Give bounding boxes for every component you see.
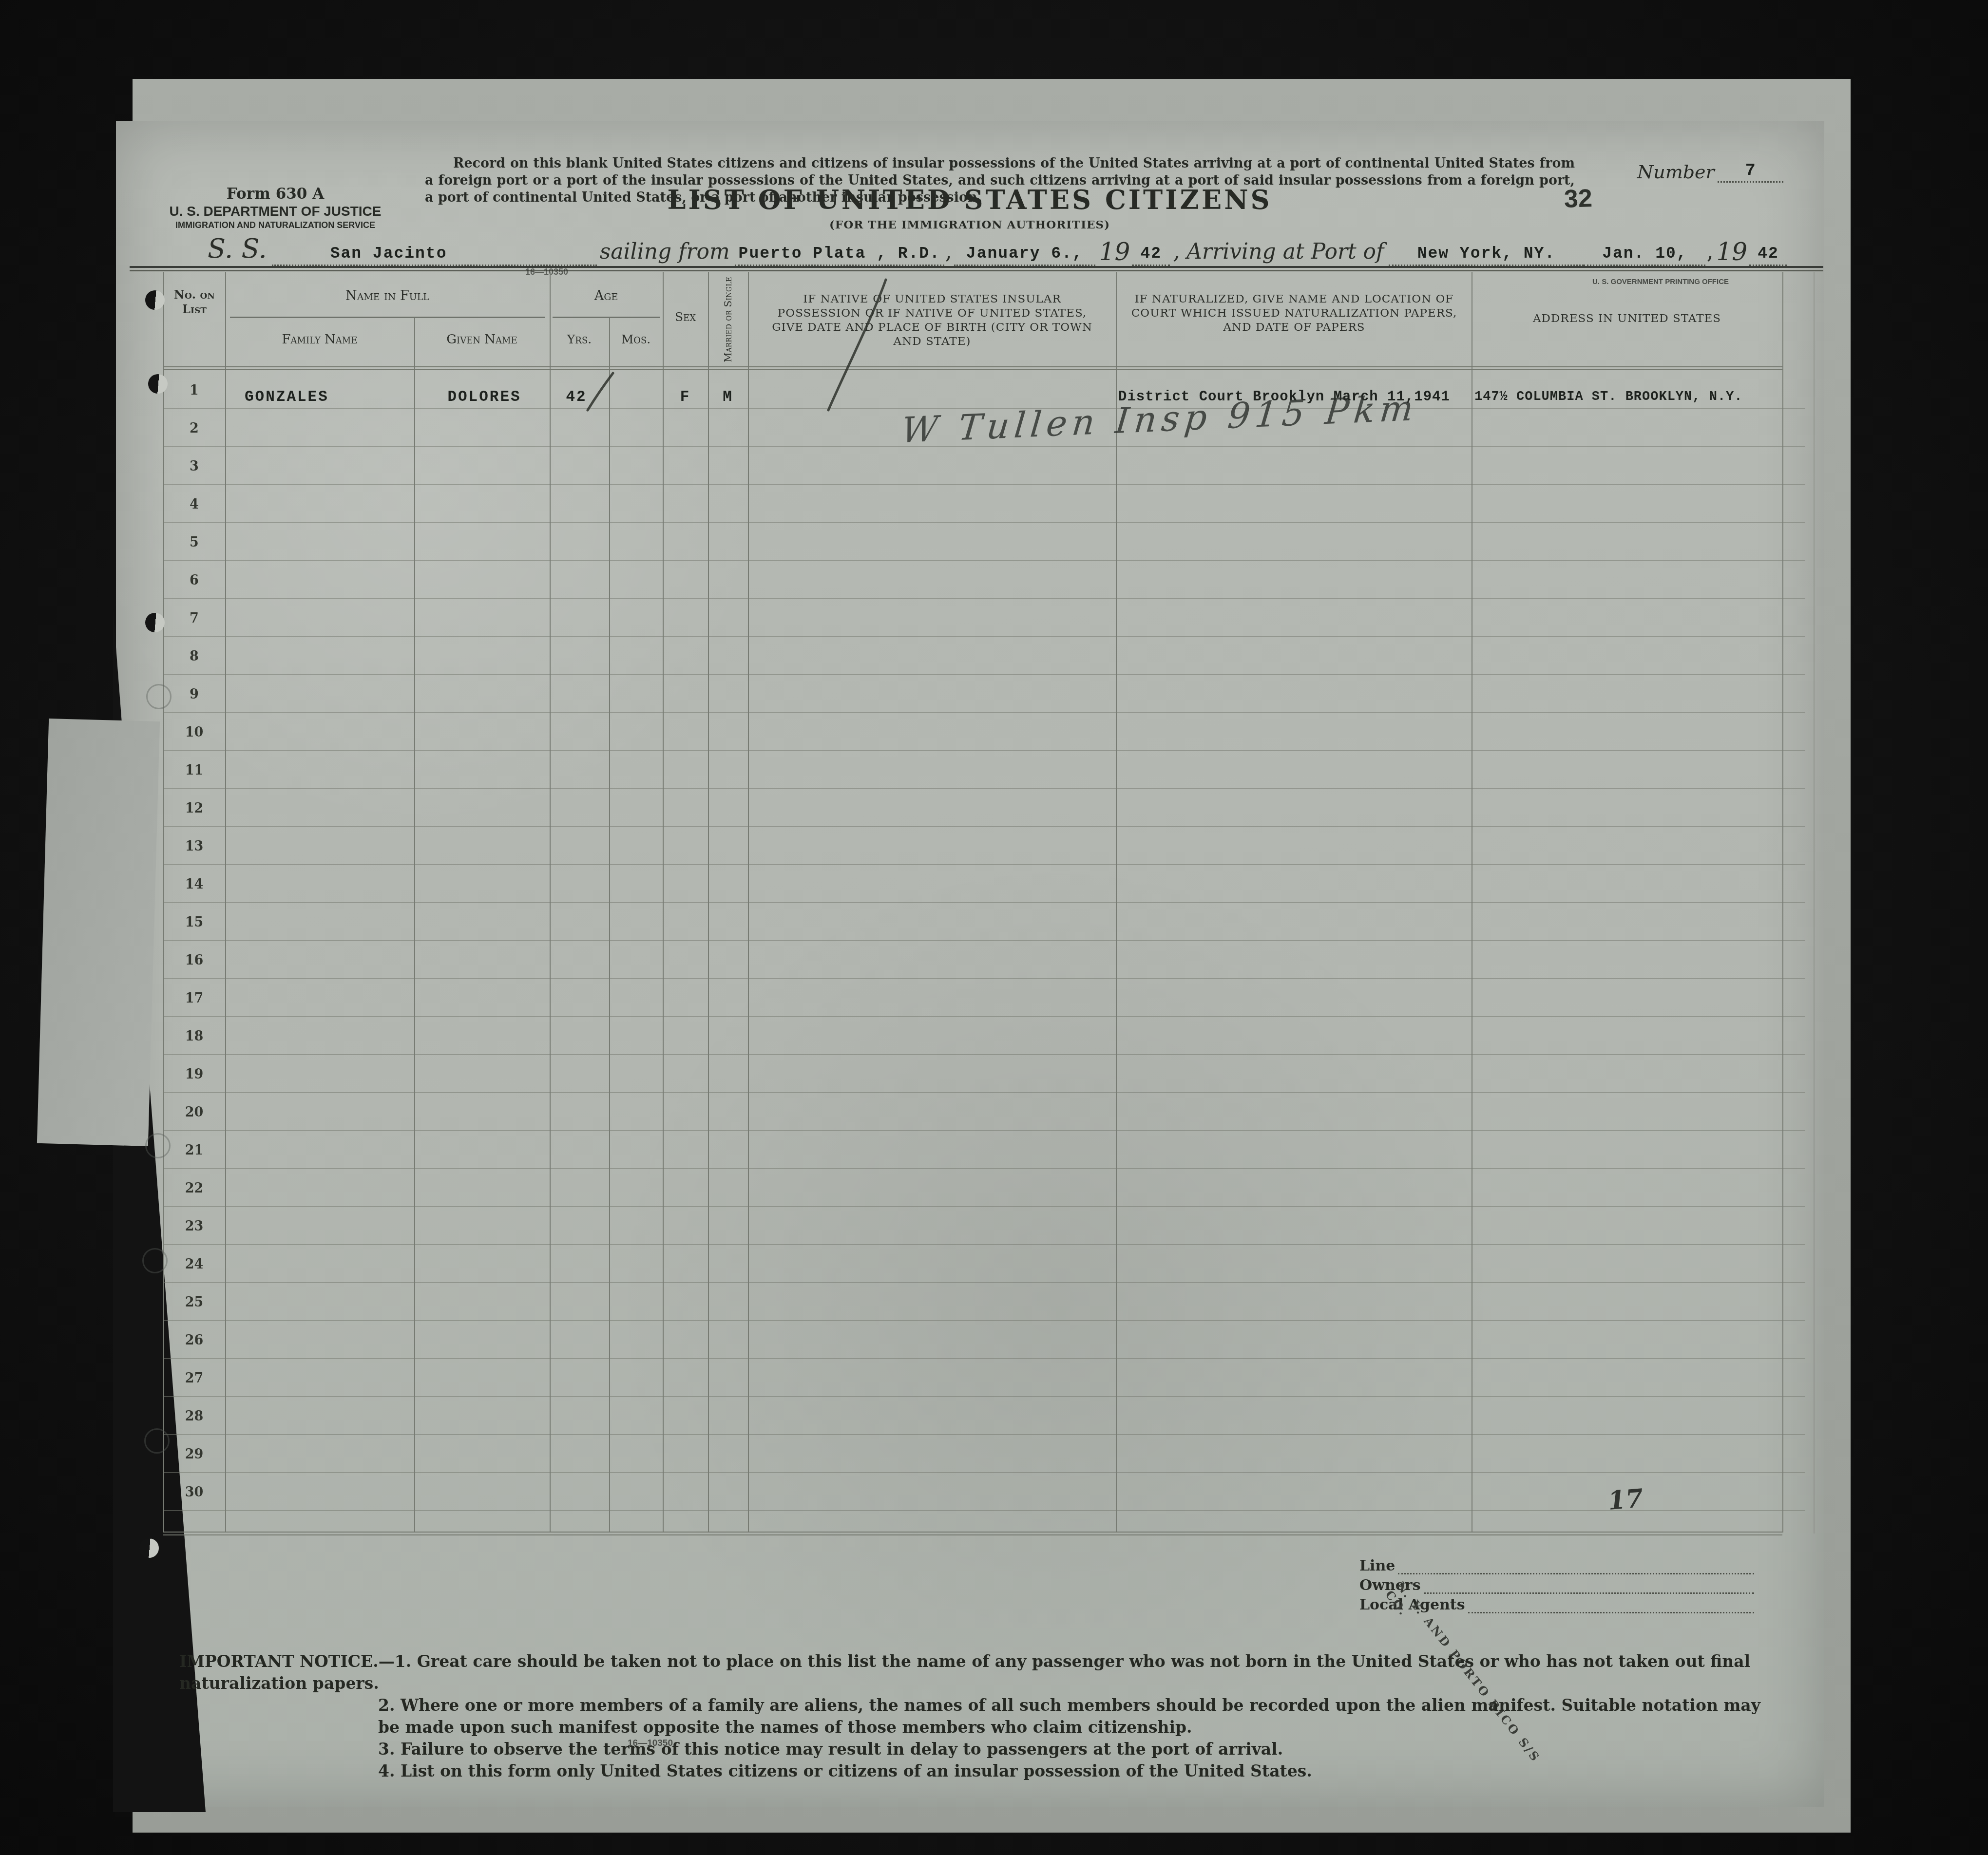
important-notice: IMPORTANT NOTICE.—1. Great care should b… [179,1650,1782,1782]
line-label: Line [1359,1557,1398,1574]
row-rule [163,1358,1805,1359]
row-number: 8 [163,649,225,664]
row-rule [163,674,1805,675]
row-rule [163,1320,1805,1321]
row-rule [163,788,1805,789]
row-rule [163,864,1805,865]
name-subheader-rule [230,317,545,318]
row-number: 14 [163,877,225,892]
form-code-bottom: 16—10350 [628,1738,673,1749]
row-rule [163,1434,1805,1435]
row-number: 10 [163,725,225,740]
row-number: 24 [163,1257,225,1272]
row-rule [163,978,1805,979]
row-rule [163,1396,1805,1397]
row-number: 3 [163,459,225,474]
row-rule [163,1016,1805,1017]
punch-hole [145,1133,171,1158]
row-rule [163,1130,1805,1131]
row-rule [163,1472,1805,1473]
header-married-or-single: Married or Single [722,266,734,373]
row-rule [163,750,1805,751]
column-rule [609,318,610,1533]
row-rule [163,560,1805,561]
row-number: 15 [163,915,225,930]
header-naturalization: IF NATURALIZED, GIVE NAME AND LOCATION O… [1130,292,1458,335]
local-agents-entry [1468,1612,1754,1613]
owners-field: Owners [1359,1575,1754,1594]
row-number: 20 [163,1105,225,1120]
header-birth: IF NATIVE OF UNITED STATES INSULAR POSSE… [760,292,1104,349]
row-number: 30 [163,1485,225,1500]
header-name-in-full: Name in Full [225,288,550,303]
row-rule [163,636,1805,637]
header-bottom-rule [163,366,1782,370]
row-number: 22 [163,1181,225,1196]
header-family-name: Family Name [225,332,414,347]
row-number: 17 [163,991,225,1006]
row-rule [163,598,1805,599]
page-edge-rule [1814,272,1815,1533]
row-number: 23 [163,1219,225,1234]
row-number: 26 [163,1333,225,1348]
row-rule [163,712,1805,713]
punch-hole [148,374,168,394]
cell-address: 147½ COLUMBIA ST. BROOKLYN, N.Y. [1474,390,1742,404]
cell-age-yrs: 42 [550,389,603,406]
line-entry [1398,1573,1754,1574]
punch-hole [146,684,172,709]
row-rule [163,1054,1805,1055]
cell-given-name: DOLORES [419,389,550,406]
owners-entry [1424,1592,1754,1594]
row-rule [163,1244,1805,1245]
header-age: Age [550,288,663,303]
page-content: Form 630 A U. S. DEPARTMENT OF JUSTICE I… [0,0,1988,1855]
row-number: 12 [163,801,225,816]
line-field: Line [1359,1556,1754,1574]
row-number: 5 [163,535,225,550]
table-bottom-rule [163,1532,1782,1535]
punch-hole [145,290,165,310]
handwritten-sheet-number: 17 [1606,1483,1644,1516]
row-number: 29 [163,1447,225,1462]
notice-lead: IMPORTANT NOTICE.— [179,1652,395,1671]
header-sex: Sex [663,310,708,324]
punch-hole [145,613,165,632]
row-rule [163,940,1805,941]
notice-item-1: 1. Great care should be taken not to pla… [179,1652,1750,1693]
header-mos: Mos. [609,332,663,346]
row-number: 25 [163,1295,225,1310]
cell-sex: F [663,389,708,406]
header-address: ADDRESS IN UNITED STATES [1472,312,1782,326]
punch-hole [142,1248,168,1273]
column-rule [414,318,415,1533]
notice-item-3: 3. Failure to observe the terms of this … [378,1738,1782,1760]
row-number: 9 [163,687,225,702]
row-number: 27 [163,1371,225,1386]
cell-married-or-single: M [708,389,748,406]
row-rule [163,1282,1805,1283]
row-number: 7 [163,611,225,626]
row-number: 4 [163,497,225,512]
punch-hole [144,1428,170,1454]
header-given-name: Given Name [414,332,550,347]
row-number: 21 [163,1143,225,1158]
row-number: 13 [163,839,225,854]
notice-item-4: 4. List on this form only United States … [378,1760,1782,1782]
header-yrs: Yrs. [550,332,609,346]
row-rule [163,484,1805,485]
row-rule [163,1168,1805,1169]
row-rule [163,1092,1805,1093]
cell-family-name: GONZALES [245,389,329,406]
row-number: 28 [163,1409,225,1424]
row-number: 16 [163,953,225,968]
row-number: 11 [163,763,225,778]
scanned-manifest-photo: Form 630 A U. S. DEPARTMENT OF JUSTICE I… [0,0,1988,1855]
row-number: 1 [163,383,225,398]
row-number: 6 [163,573,225,588]
row-rule [163,1510,1805,1511]
age-subheader-rule [553,317,660,318]
row-rule [163,826,1805,827]
row-number: 19 [163,1067,225,1082]
punch-hole [139,1538,159,1558]
row-rule [163,1206,1805,1207]
row-number: 2 [163,421,225,436]
row-rule [163,522,1805,523]
row-number: 18 [163,1029,225,1044]
header-no-on-list: No. on List [168,287,221,317]
row-rule [163,902,1805,903]
notice-item-2: 2. Where one or more members of a family… [378,1694,1782,1738]
notice-line-1: IMPORTANT NOTICE.—1. Great care should b… [179,1650,1782,1694]
